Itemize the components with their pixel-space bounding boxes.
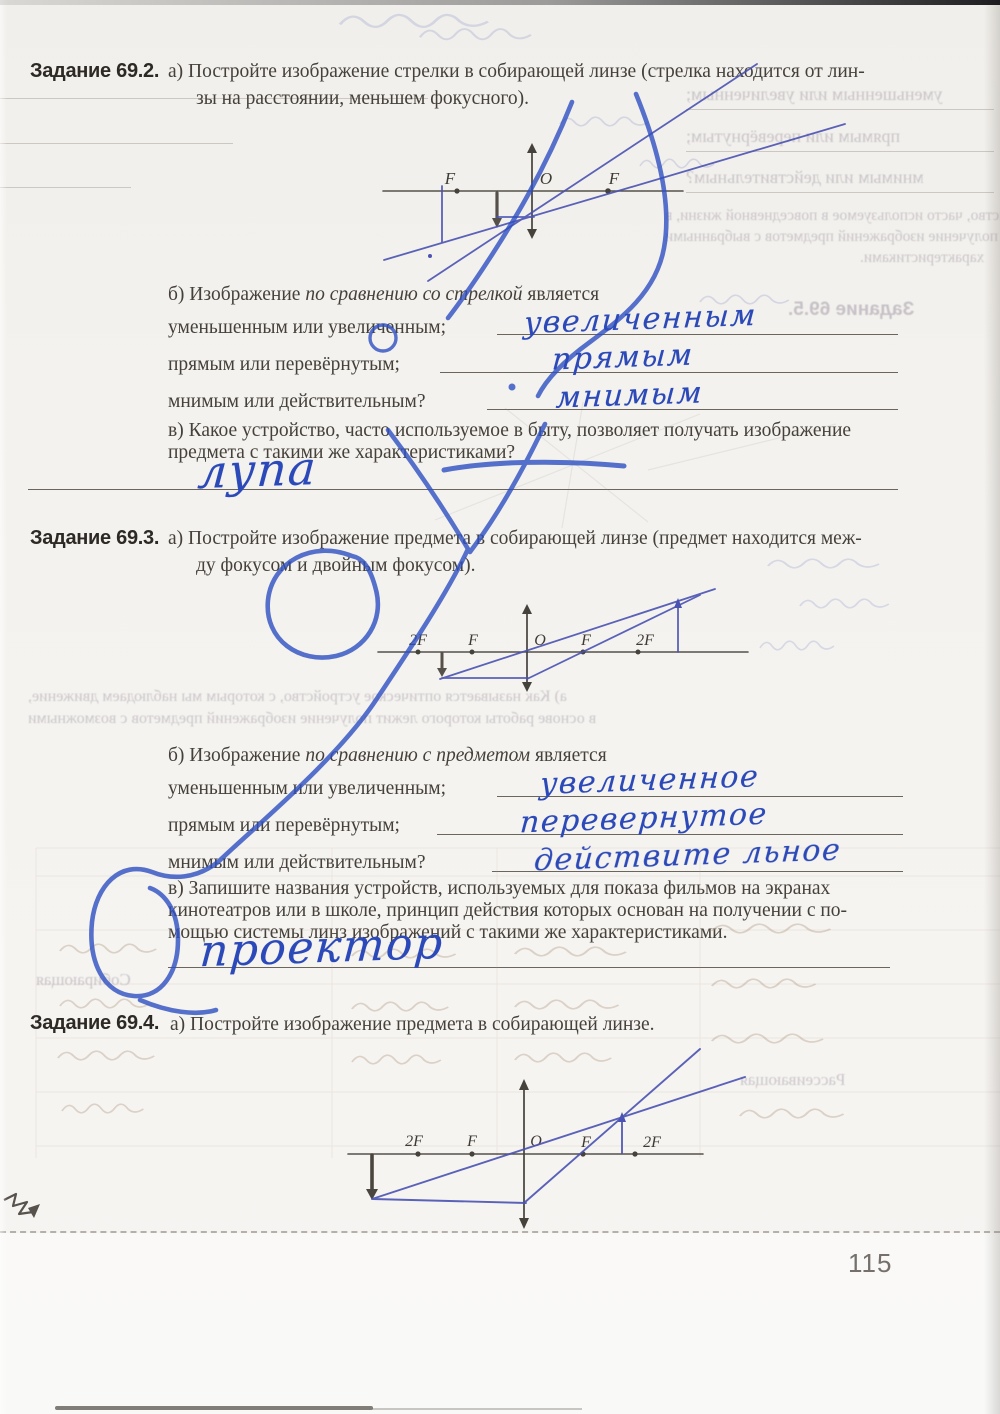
object-arrowhead	[492, 218, 502, 228]
scribble-tail-exit	[140, 1000, 216, 1013]
pen-dot	[509, 384, 516, 391]
label-2f-left: 2F	[409, 632, 427, 649]
task-69-4-part-a: а) Постройте изображение предмета в соби…	[170, 1014, 655, 1036]
label-2f-right: 2F	[636, 632, 654, 649]
construction-refracted-ray	[524, 1049, 700, 1203]
diagram-69-3: 2F F O F 2F	[378, 589, 748, 692]
task-69-4-label: Задание 69.4.	[30, 1012, 159, 1035]
task-69-3-label: Задание 69.3.	[30, 527, 159, 550]
bleed-mid-paragraph-2: в основе работы которого лежит получение…	[28, 710, 596, 728]
construction-dot	[428, 254, 432, 258]
construction-parallel-ray	[373, 1199, 526, 1203]
task-69-2-question-size: уменьшенным или увеличенным;	[168, 317, 446, 339]
focus-left-dot	[454, 188, 459, 193]
task-69-2-part-a-line2: зы на расстоянии, меньшем фокусного).	[196, 88, 529, 110]
bleed-paragraph-2: основе работы которого лежит получение и…	[665, 228, 1000, 246]
label-f-right: F	[580, 632, 591, 649]
image-arrowhead	[618, 1112, 626, 1122]
label-2f-right: 2F	[643, 1134, 661, 1151]
construction-refracted-ray	[527, 595, 700, 679]
task-69-3-question-size: уменьшенным или увеличенным;	[168, 778, 446, 800]
task-69-2-question-reality: мнимым или действительным?	[168, 391, 426, 413]
scan-edge-top	[0, 0, 1000, 5]
object-arrowhead	[366, 1189, 378, 1200]
object-arrowhead	[437, 668, 447, 677]
task-69-3-part-b: б) Изображение по сравнению с предметом …	[168, 745, 607, 767]
label-2f-left: 2F	[405, 1133, 423, 1150]
task-69-2-part-b: б) Изображение по сравнению со стрелкой …	[168, 284, 599, 306]
task-69-3-part-a-line1: а) Постройте изображение предмета в соби…	[168, 528, 862, 550]
focus-right-dot	[605, 188, 611, 194]
bleed-line	[0, 187, 131, 188]
task-69-2-answer-device: лупа	[196, 441, 319, 499]
label-f-left: F	[444, 169, 456, 188]
label-o: O	[540, 169, 552, 188]
page-number: 115	[848, 1248, 892, 1279]
image-arrowhead	[674, 598, 682, 608]
lens-arrowhead-bottom	[527, 229, 537, 239]
label-f-right: F	[608, 169, 620, 188]
workbook-page: уменьшенным или увеличенным; прямым или …	[0, 0, 1000, 1414]
label-f-right: F	[580, 1134, 591, 1151]
answer-line	[28, 489, 898, 490]
bleed-table-row-converging: Собирающая	[36, 970, 131, 990]
task-69-2-question-orientation: прямым или перевёрнутым;	[168, 354, 400, 376]
perforation-line	[0, 1231, 1000, 1233]
lens-arrowhead-bottom	[519, 1218, 529, 1229]
bleed-line	[0, 143, 233, 144]
scan-edge-bottom	[55, 1406, 373, 1410]
bleed-mid-paragraph-1: а) Как называется оптическое устройство,…	[28, 688, 567, 706]
bleed-question-size: уменьшенным или увеличенным;	[686, 84, 943, 105]
label-f-left: F	[467, 632, 478, 649]
task-69-3-part-v-line1: в) Запишите названия устройств, использу…	[168, 878, 830, 900]
task-69-2-label: Задание 69.2.	[30, 60, 159, 83]
task-69-3-part-a-line2: ду фокусом и двойным фокусом).	[196, 555, 475, 577]
task-69-3-question-reality: мнимым или действительным?	[168, 852, 426, 874]
task-69-3-question-orientation: прямым или перевёрнутым;	[168, 815, 400, 837]
diagram-69-4: 2F F O F 2F	[348, 1049, 745, 1229]
bleed-question-reality: мнимым или действительным?	[686, 167, 924, 188]
bleed-paragraph-1: а) Назовите оптическое устройство, часто…	[665, 207, 1000, 225]
label-o: O	[534, 632, 546, 649]
task-69-3-answer-device: проектор	[198, 918, 445, 978]
construction-center-ray	[372, 1077, 745, 1199]
task-69-3-part-v-line2: кинотеатров или в школе, принцип действи…	[168, 900, 847, 922]
task-69-2-answer-orientation: прямым	[551, 337, 695, 377]
scan-edge-bottom-2	[372, 1408, 582, 1410]
task-69-2-part-v-line1: в) Какое устройство, часто используемое …	[168, 420, 851, 442]
task-69-2-answer-reality: мнимым	[555, 375, 705, 415]
bleed-question-orientation: прямым или перевёрнутым;	[686, 126, 900, 147]
bleed-table-row-diverging: Рассеивающая	[740, 1070, 845, 1090]
lens-arrowhead-top	[527, 143, 537, 153]
bleed-line	[686, 109, 994, 110]
bleed-line	[686, 151, 994, 152]
bleed-task-label: Задание 69.5.	[788, 299, 914, 321]
bleed-paragraph-3: характеристиками.	[860, 249, 984, 267]
construction-center-ray	[440, 589, 715, 679]
scan-edge-left	[0, 0, 7, 1414]
label-f-left: F	[466, 1133, 477, 1150]
label-o: O	[530, 1133, 542, 1150]
bleed-line	[686, 192, 994, 193]
lens-arrowhead-top	[519, 1079, 529, 1090]
task-69-2-part-a-line1: а) Постройте изображение стрелки в собир…	[168, 61, 865, 83]
scan-edge-right	[984, 0, 1000, 1414]
lens-arrowhead-top	[522, 604, 532, 614]
cut-mark-icon	[4, 1194, 40, 1218]
